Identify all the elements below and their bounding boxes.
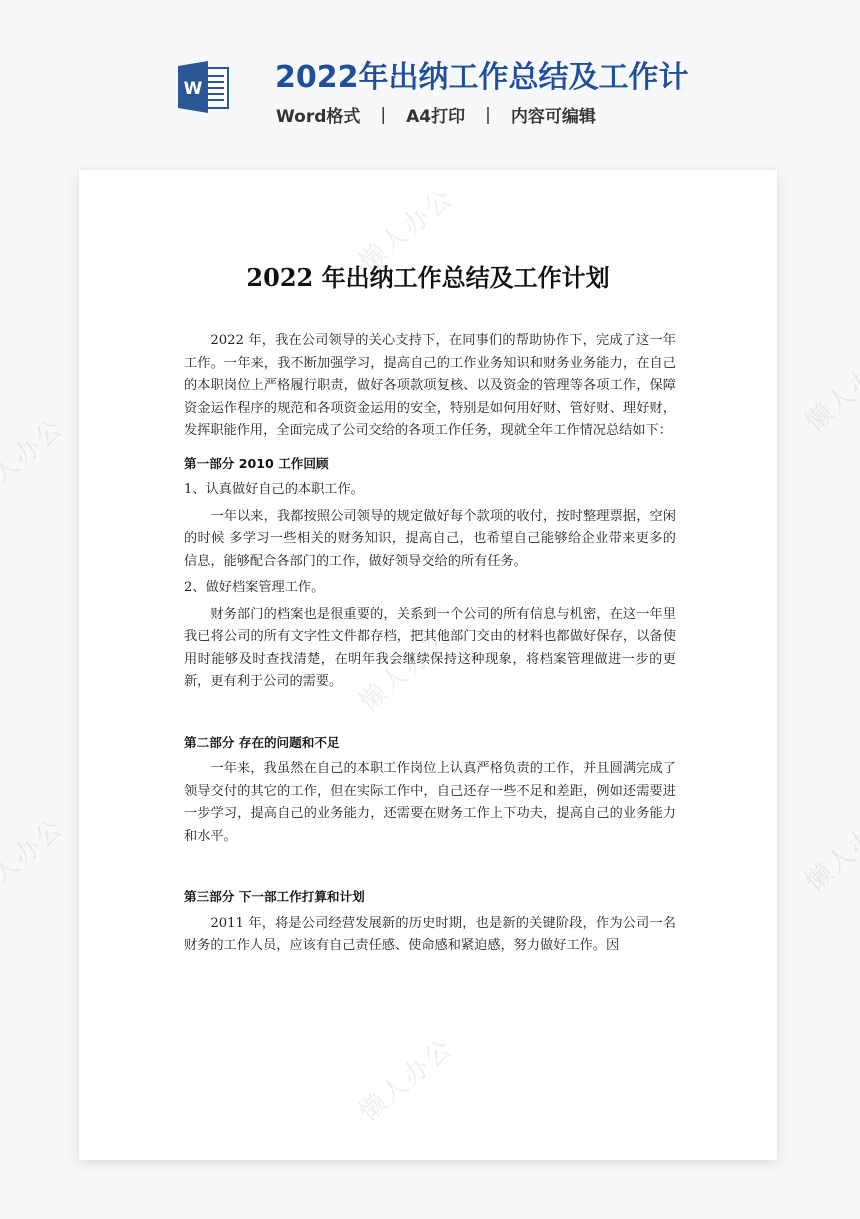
- section-heading: 第三部分 下一部工作打算和计划: [184, 886, 676, 909]
- section-heading: 第一部分 2010 工作回顾: [184, 453, 676, 476]
- svg-text:W: W: [184, 79, 203, 99]
- document-page: 懒人办公 懒人办公 懒人办公 2022 年出纳工作总结及工作计划 2022 年，…: [79, 170, 777, 1160]
- header: W 2022年出纳工作总结及工作计 Word格式 | A4打印 | 内容可编辑: [0, 0, 860, 170]
- item-body: 一年以来，我都按照公司领导的规定做好每个款项的收付，按时整理票据，空闲的时候 多…: [184, 506, 676, 574]
- item-title: 2、做好档案管理工作。: [184, 577, 676, 600]
- watermark: 懒人办公: [0, 808, 71, 908]
- document-title: 2022 年出纳工作总结及工作计划: [79, 258, 777, 293]
- item-body: 财务部门的档案也是很重要的，关系到一个公司的所有信息与机密，在这一年里我已将公司…: [184, 604, 676, 694]
- section-heading: 第二部分 存在的问题和不足: [184, 732, 676, 755]
- spacer: [184, 848, 676, 876]
- watermark: 懒人办公: [350, 1028, 460, 1128]
- watermark: 懒人办公: [796, 338, 860, 438]
- meta-print: A4打印: [406, 102, 465, 127]
- header-meta: Word格式 | A4打印 | 内容可编辑: [276, 102, 596, 127]
- meta-editable: 内容可编辑: [511, 102, 596, 127]
- intro-paragraph: 2022 年，我在公司领导的关心支持下，在同事们的帮助协作下，完成了这一年工作。…: [184, 330, 676, 443]
- section-body: 2011 年，将是公司经营发展新的历史时期，也是新的关键阶段，作为公司一名财务的…: [184, 913, 676, 958]
- document-body: 2022 年，我在公司领导的关心支持下，在同事们的帮助协作下，完成了这一年工作。…: [184, 330, 676, 958]
- spacer: [184, 694, 676, 722]
- word-document-icon: W: [176, 60, 230, 114]
- header-title: 2022年出纳工作总结及工作计: [275, 52, 689, 96]
- meta-separator: |: [485, 105, 491, 125]
- watermark: 懒人办公: [796, 798, 860, 898]
- meta-format: Word格式: [276, 102, 360, 127]
- section-body: 一年来，我虽然在自己的本职工作岗位上认真严格负责的工作，并且圆满完成了领导交付的…: [184, 758, 676, 848]
- meta-separator: |: [380, 105, 386, 125]
- item-title: 1、认真做好自己的本职工作。: [184, 479, 676, 502]
- watermark: 懒人办公: [0, 408, 71, 508]
